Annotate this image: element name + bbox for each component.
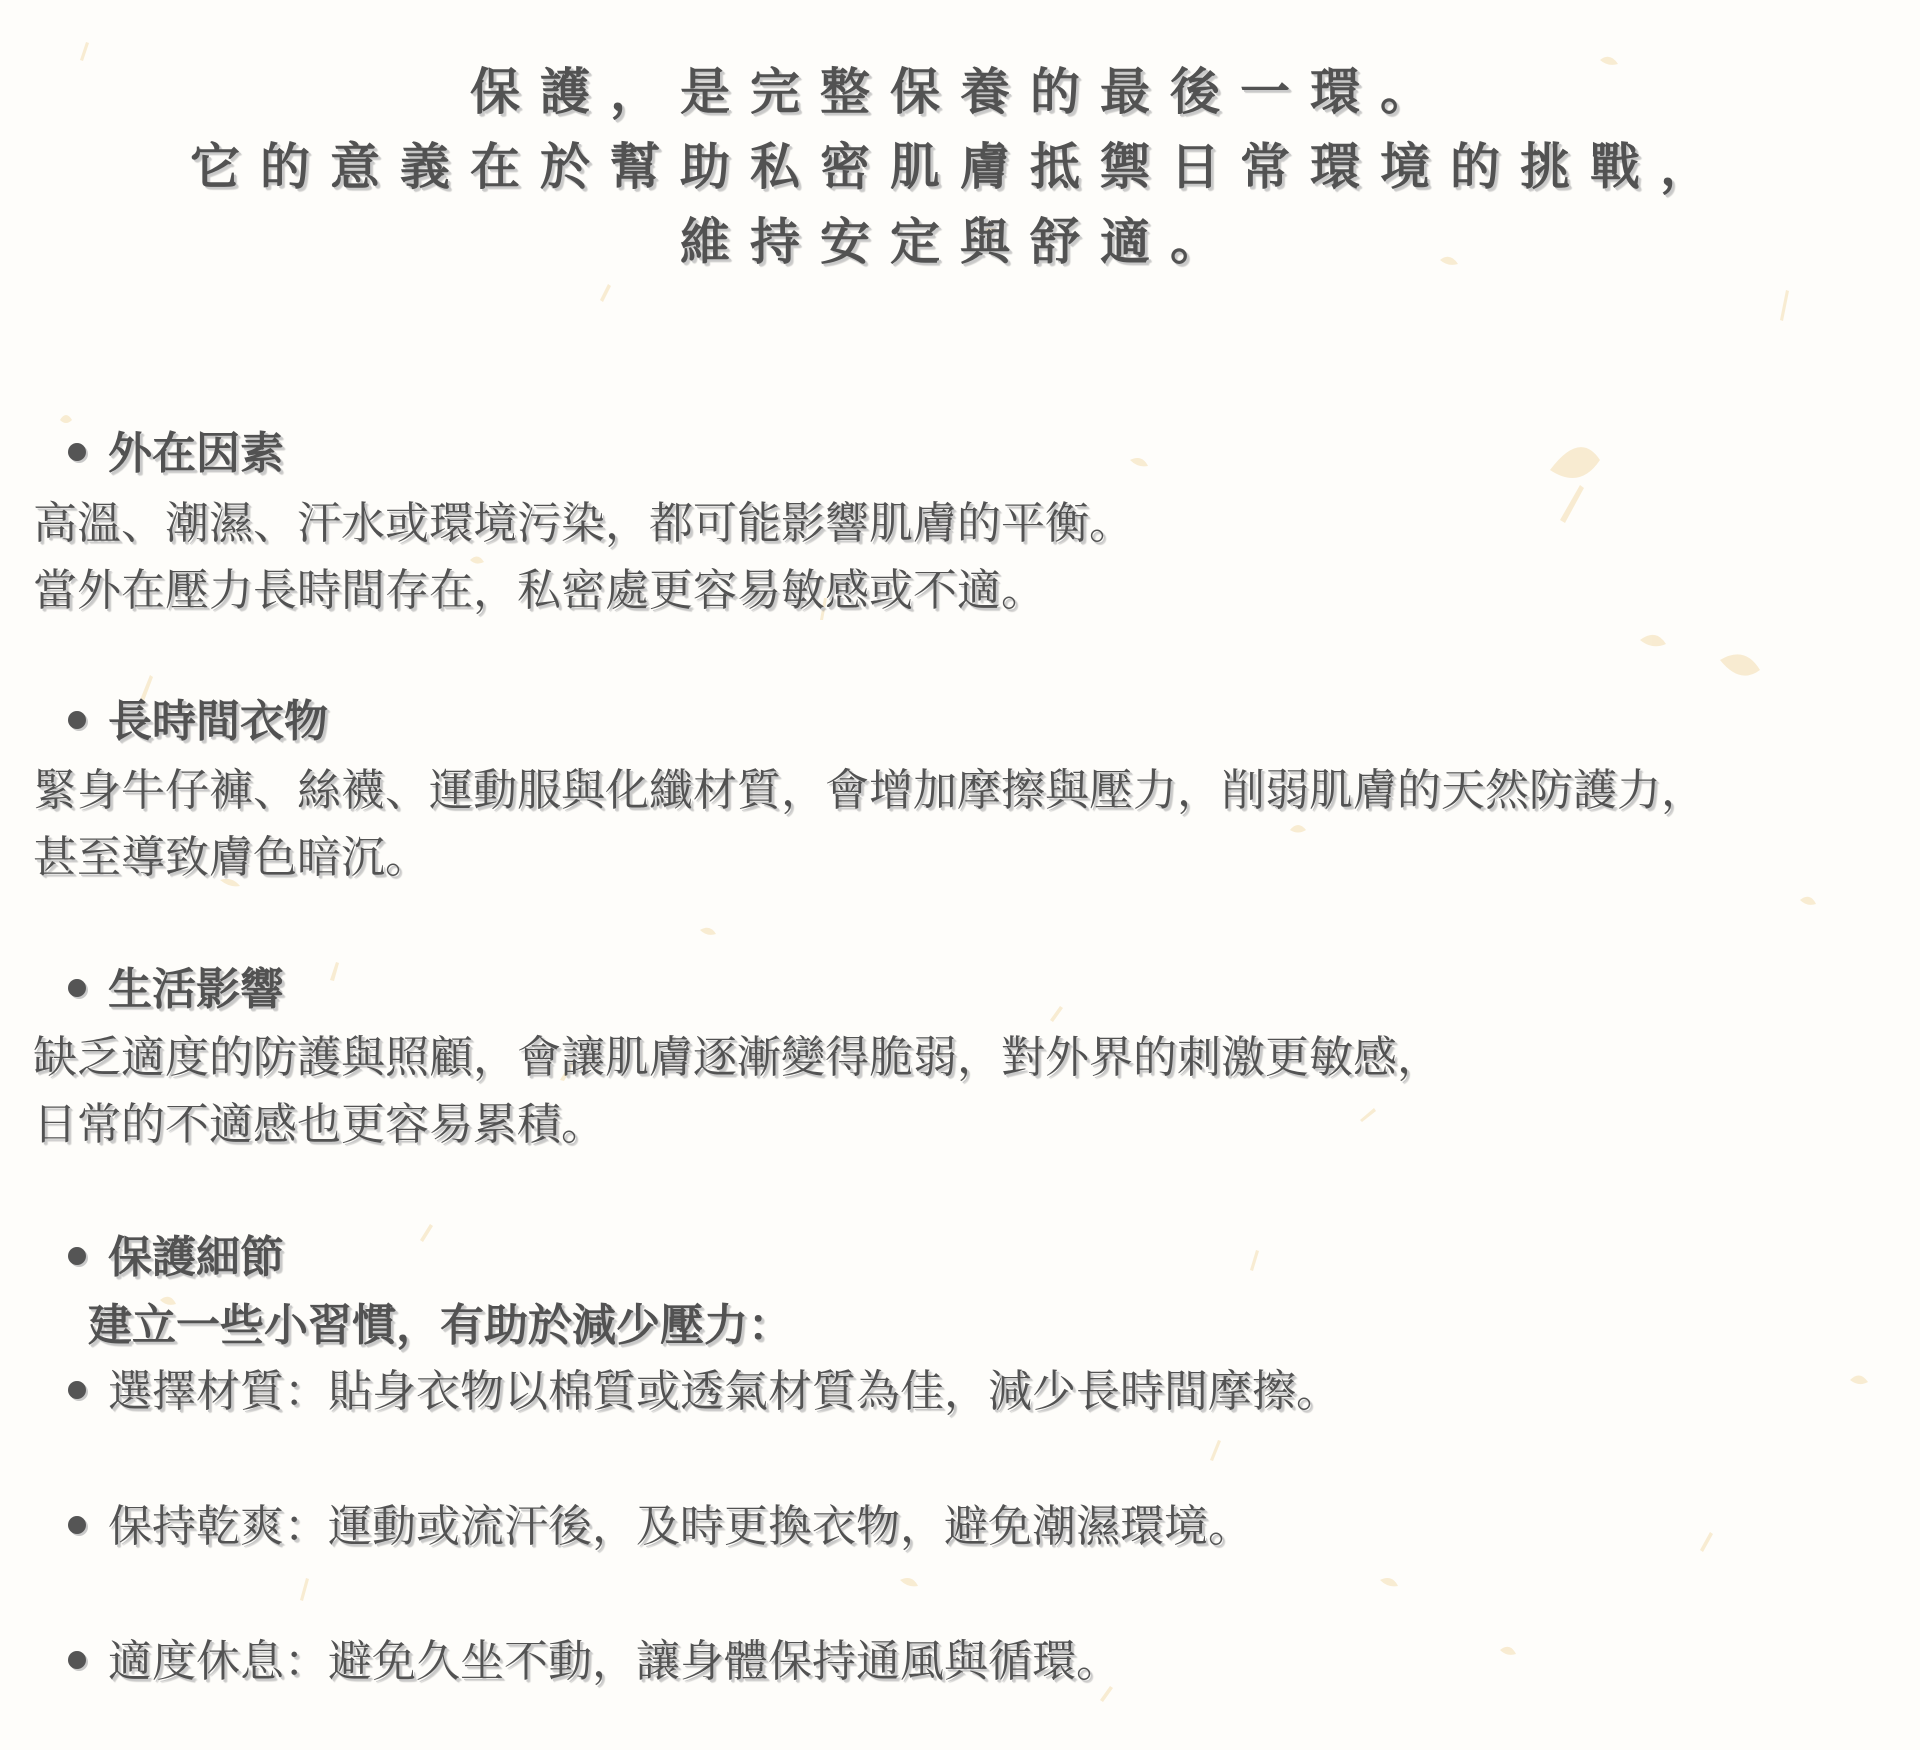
- section-heading-text: 外在因素: [108, 428, 284, 479]
- body-line: 甚至導致膚色暗沉。: [33, 824, 1705, 891]
- section-body: 緊身牛仔褲、絲襪、運動服與化纖材質，會增加摩擦與壓力，削弱肌膚的天然防護力， 甚…: [33, 757, 1705, 891]
- bullet-icon: [68, 443, 86, 461]
- bullet-icon: [68, 711, 86, 729]
- intro-statement: 保護，是完整保養的最後一環。 它的意義在於幫助私密肌膚抵禦日常環境的挑戰， 維持…: [0, 55, 1920, 280]
- bullet-icon: [68, 1381, 86, 1399]
- bullet-icon: [68, 979, 86, 997]
- body-line: 缺乏適度的防護與照顧，會讓肌膚逐漸變得脆弱，對外界的刺激更敏感，: [33, 1024, 1441, 1091]
- bullet-icon: [68, 1651, 86, 1669]
- intro-line: 它的意義在於幫助私密肌膚抵禦日常環境的挑戰，: [0, 130, 1920, 205]
- section-subheading: 建立一些小習慣，有助於減少壓力：: [88, 1296, 792, 1356]
- section-heading-text: 保護細節: [108, 1232, 284, 1283]
- intro-line: 保護，是完整保養的最後一環。: [0, 55, 1920, 130]
- tip-item: 保持乾爽：運動或流汗後，及時更換衣物，避免潮濕環境。: [68, 1497, 1252, 1557]
- section-body: 缺乏適度的防護與照顧，會讓肌膚逐漸變得脆弱，對外界的刺激更敏感， 日常的不適感也…: [33, 1024, 1441, 1158]
- body-line: 日常的不適感也更容易累積。: [33, 1091, 1441, 1158]
- section-heading: 長時間衣物: [68, 692, 328, 752]
- section-heading-text: 生活影響: [108, 964, 284, 1015]
- tip-text: 保持乾爽：運動或流汗後，及時更換衣物，避免潮濕環境。: [108, 1501, 1252, 1552]
- tip-item: 選擇材質：貼身衣物以棉質或透氣材質為佳，減少長時間摩擦。: [68, 1362, 1340, 1422]
- section-heading: 保護細節: [68, 1228, 284, 1288]
- section-heading-text: 長時間衣物: [108, 696, 328, 747]
- intro-line: 維持安定與舒適。: [0, 205, 1920, 280]
- section-body: 高溫、潮濕、汗水或環境污染，都可能影響肌膚的平衡。 當外在壓力長時間存在，私密處…: [33, 490, 1133, 624]
- tip-text: 適度休息：避免久坐不動，讓身體保持通風與循環。: [108, 1636, 1120, 1687]
- section-heading: 生活影響: [68, 960, 284, 1020]
- tip-item: 適度休息：避免久坐不動，讓身體保持通風與循環。: [68, 1632, 1120, 1692]
- body-line: 高溫、潮濕、汗水或環境污染，都可能影響肌膚的平衡。: [33, 490, 1133, 557]
- section-heading: 外在因素: [68, 424, 284, 484]
- body-line: 緊身牛仔褲、絲襪、運動服與化纖材質，會增加摩擦與壓力，削弱肌膚的天然防護力，: [33, 757, 1705, 824]
- body-line: 當外在壓力長時間存在，私密處更容易敏感或不適。: [33, 557, 1133, 624]
- tip-text: 選擇材質：貼身衣物以棉質或透氣材質為佳，減少長時間摩擦。: [108, 1366, 1340, 1417]
- bullet-icon: [68, 1247, 86, 1265]
- bullet-icon: [68, 1516, 86, 1534]
